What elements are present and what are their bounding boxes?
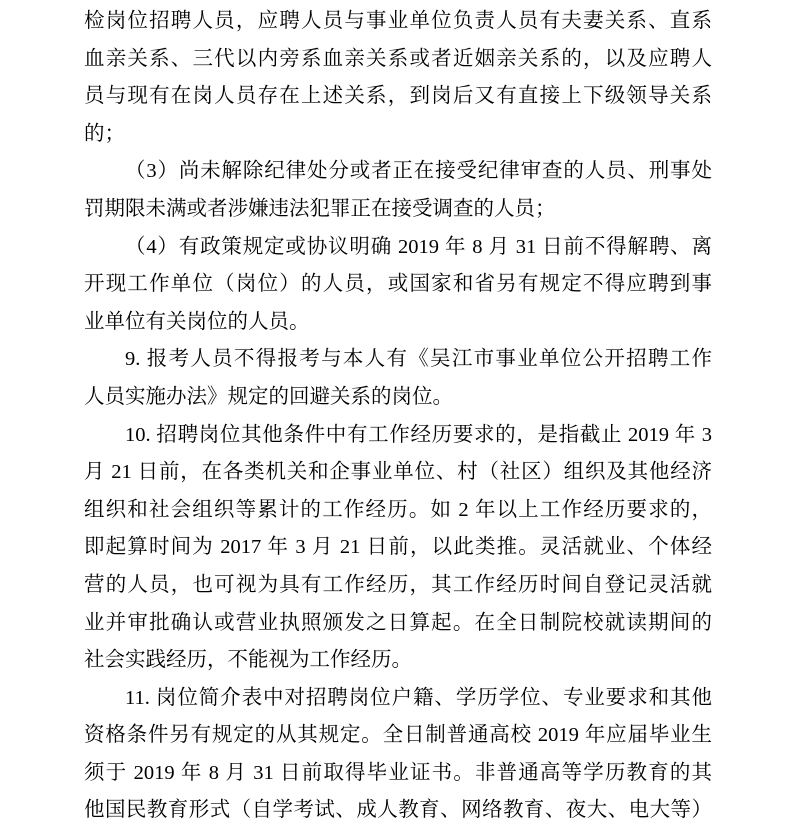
- text-line: 即起算时间为 2017 年 3 月 21 日前，以此类推。灵活就业、个体经: [84, 529, 712, 567]
- text-line: 资格条件另有规定的从其规定。全日制普通高校 2019 年应届毕业生: [84, 717, 712, 755]
- text-line: 9. 报考人员不得报考与本人有《吴江市事业单位公开招聘工作: [84, 341, 712, 379]
- document-text-block: 检岗位招聘人员，应聘人员与事业单位负责人员有夫妻关系、直系血亲关系、三代以内旁系…: [84, 3, 712, 830]
- text-line: 员与现有在岗人员存在上述关系，到岗后又有直接上下级领导关系: [84, 78, 712, 116]
- text-line: 罚期限未满或者涉嫌违法犯罪正在接受调查的人员；: [84, 191, 712, 229]
- text-line: 10. 招聘岗位其他条件中有工作经历要求的，是指截止 2019 年 3: [84, 417, 712, 455]
- text-line: 营的人员，也可视为具有工作经历，其工作经历时间自登记灵活就: [84, 567, 712, 605]
- text-line: 月 21 日前，在各类机关和企事业单位、村（社区）组织及其他经济: [84, 454, 712, 492]
- text-line: 11. 岗位简介表中对招聘岗位户籍、学历学位、专业要求和其他: [84, 680, 712, 718]
- document-lines: 检岗位招聘人员，应聘人员与事业单位负责人员有夫妻关系、直系血亲关系、三代以内旁系…: [84, 3, 712, 830]
- text-line: 须于 2019 年 8 月 31 日前取得毕业证书。非普通高等学历教育的其: [84, 755, 712, 793]
- text-line: 社会实践经历，不能视为工作经历。: [84, 642, 712, 680]
- text-line: （4）有政策规定或协议明确 2019 年 8 月 31 日前不得解聘、离: [84, 229, 712, 267]
- text-line: 组织和社会组织等累计的工作经历。如 2 年以上工作经历要求的，: [84, 492, 712, 530]
- text-line: 他国民教育形式（自学考试、成人教育、网络教育、夜大、电大等）: [84, 792, 712, 830]
- text-line: （3）尚未解除纪律处分或者正在接受纪律审查的人员、刑事处: [84, 153, 712, 191]
- text-line: 业单位有关岗位的人员。: [84, 304, 712, 342]
- text-line: 检岗位招聘人员，应聘人员与事业单位负责人员有夫妻关系、直系: [84, 3, 712, 41]
- text-line: 血亲关系、三代以内旁系血亲关系或者近姻亲关系的，以及应聘人: [84, 41, 712, 79]
- text-line: 的；: [84, 116, 712, 154]
- text-line: 业并审批确认或营业执照颁发之日算起。在全日制院校就读期间的: [84, 605, 712, 643]
- text-line: 开现工作单位（岗位）的人员，或国家和省另有规定不得应聘到事: [84, 266, 712, 304]
- document-page: 检岗位招聘人员，应聘人员与事业单位负责人员有夫妻关系、直系血亲关系、三代以内旁系…: [0, 0, 800, 830]
- text-line: 人员实施办法》规定的回避关系的岗位。: [84, 379, 712, 417]
